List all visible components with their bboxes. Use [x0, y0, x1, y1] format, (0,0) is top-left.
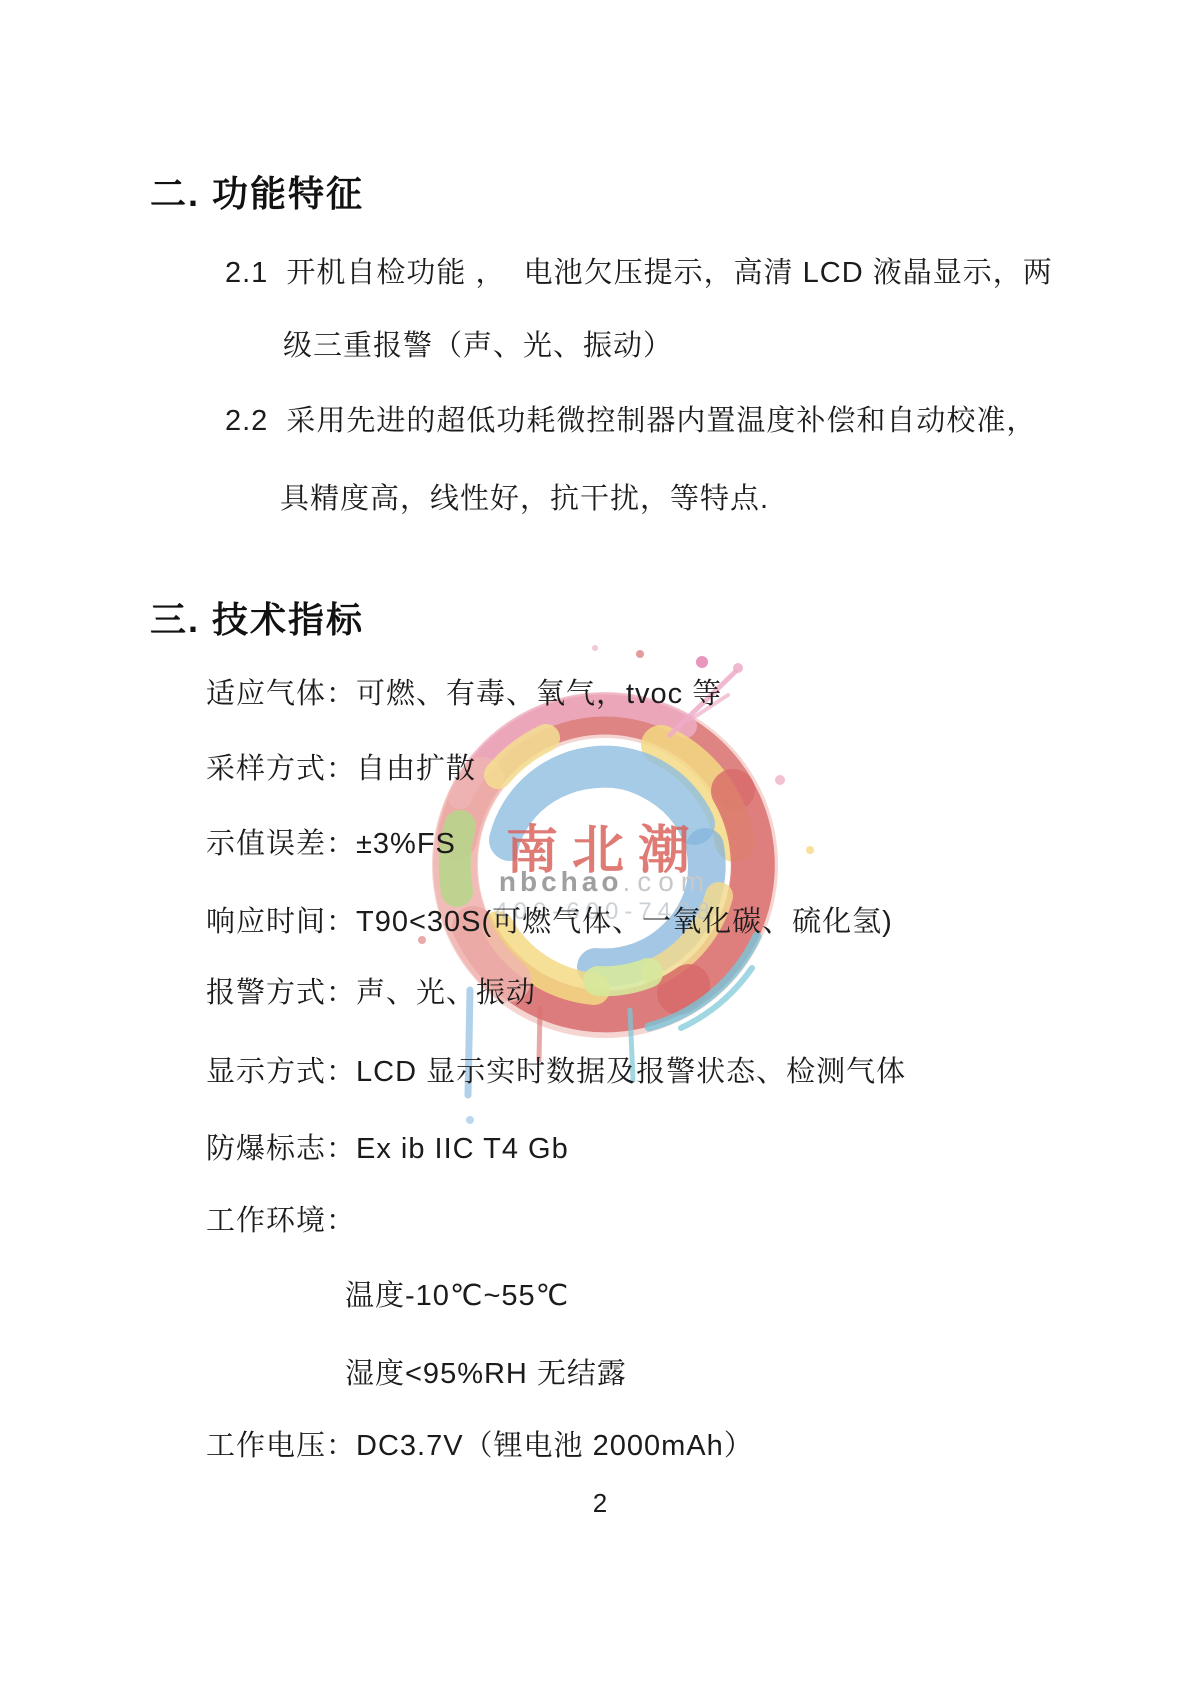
document-page: 南北潮 nbchao.com 400-600-7498 二. 功能特征 2.1 … [0, 0, 1200, 1697]
spec-humidity-range: 湿度<95%RH 无结露 [345, 1351, 627, 1392]
spec-response-time: 响应时间：T90<30S(可燃气体、一氧化碳、硫化氢) [206, 899, 893, 940]
spec-alarm-modes: 报警方式：声、光、振动 [206, 970, 536, 1011]
feature-item-2-1-line-1: 2.1 开机自检功能 ， 电池欠压提示，高清 LCD 液晶显示，两 [225, 250, 1053, 291]
watermark-domain-tld: .com [622, 866, 711, 897]
spec-temperature-range: 温度-10℃~55℃ [345, 1273, 569, 1314]
section-2-heading: 二. 功能特征 [150, 166, 364, 217]
page-number: 2 [0, 1488, 1200, 1519]
spec-sampling-method: 采样方式：自由扩散 [206, 746, 476, 787]
spec-working-environment-label: 工作环境： [206, 1198, 356, 1239]
spec-display-mode: 显示方式：LCD 显示实时数据及报警状态、检测气体 [206, 1049, 906, 1090]
watermark-domain-name: nbchao [499, 866, 623, 897]
spec-accuracy: 示值误差：±3%FS [206, 821, 456, 862]
spec-working-voltage: 工作电压：DC3.7V（锂电池 2000mAh） [206, 1423, 754, 1464]
spec-explosion-proof-mark: 防爆标志：Ex ib IIC T4 Gb [206, 1126, 569, 1167]
watermark-domain-text: nbchao.com [390, 866, 820, 898]
section-3-heading: 三. 技术指标 [150, 592, 364, 643]
feature-item-2-1-line-2: 级三重报警（声、光、振动） [283, 323, 673, 364]
feature-item-2-2-line-1: 2.2 采用先进的超低功耗微控制器内置温度补偿和自动校准， [225, 398, 1036, 439]
feature-item-2-2-line-2: 具精度高，线性好，抗干扰，等特点. [280, 476, 769, 517]
spec-gas-types: 适应气体：可燃、有毒、氧气，tvoc 等 [206, 671, 722, 712]
